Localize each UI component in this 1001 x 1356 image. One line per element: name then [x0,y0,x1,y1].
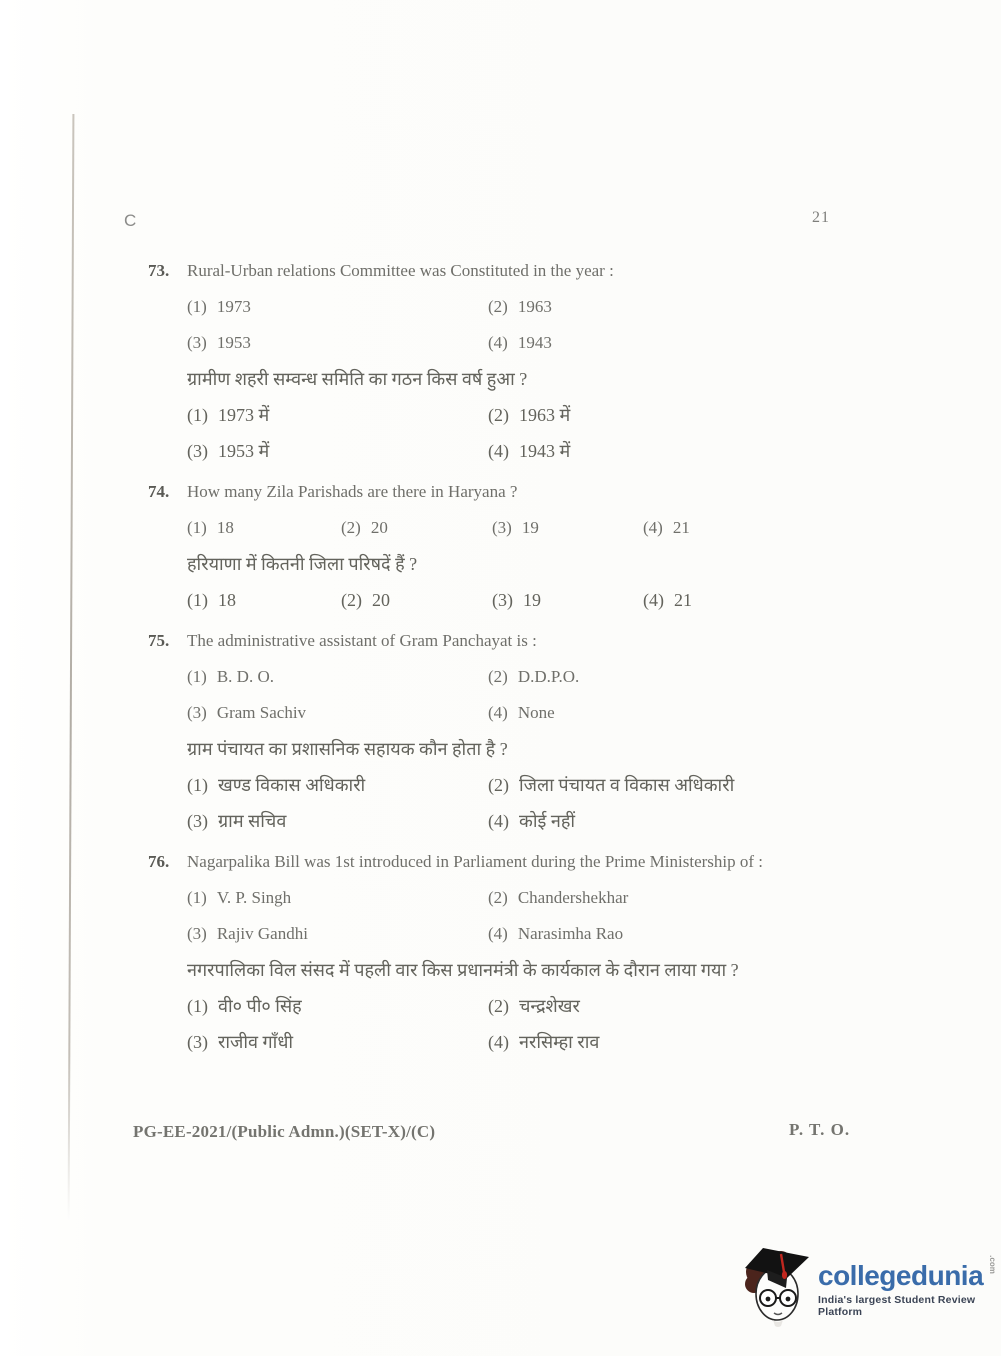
option-text: 1963 [518,296,552,318]
option-text: Chandershekhar [518,887,628,909]
set-label: C [124,211,136,231]
collegedunia-logo-text: collegedunia.com India's largest Student… [818,1242,1001,1330]
option-label: (2) [341,589,362,611]
option-label: (2) [488,296,508,318]
option-text: वी० पी० सिंह [218,995,302,1017]
q73-hi-option-1: (1) 1973 में [187,404,488,426]
question-head: 73. Rural-Urban relations Committee was … [148,260,878,282]
option-label: (4) [488,332,508,354]
pto-label: P. T. O. [789,1120,850,1140]
question-text-hi: हरियाणा में कितनी जिला परिषदें हैं ? [187,553,878,575]
q73-hi-option-4: (4) 1943 में [488,440,878,462]
option-label: (2) [341,517,361,539]
q75-options-en: (1) B. D. O. (2) D.D.P.O. (3) Gram Sachi… [187,666,878,724]
q75-en-option-3: (3) Gram Sachiv [187,702,488,724]
question-number: 73. [148,260,187,282]
option-label: (2) [488,666,508,688]
question-75: 75. The administrative assistant of Gram… [148,630,878,832]
question-text-en: Rural-Urban relations Committee was Cons… [187,260,614,282]
option-text: 1953 में [218,440,269,462]
option-label: (4) [488,923,508,945]
question-text-en: Nagarpalika Bill was 1st introduced in P… [187,851,763,873]
q73-hi-option-2: (2) 1963 में [488,404,878,426]
collegedunia-tagline: India's largest Student Review Platform [818,1294,1001,1318]
option-text: 21 [674,589,692,611]
collegedunia-mascot-icon [741,1242,815,1328]
question-head: 75. The administrative assistant of Gram… [148,630,878,652]
question-text-hi: ग्रामीण शहरी सम्वन्ध समिति का गठन किस वर… [187,368,878,390]
option-text: 1963 में [519,404,570,426]
q73-en-option-4: (4) 1943 [488,332,878,354]
option-label: (3) [187,702,207,724]
option-label: (2) [488,995,509,1017]
option-text: जिला पंचायत व विकास अधिकारी [519,774,734,796]
option-text: ग्राम सचिव [218,810,286,832]
question-76: 76. Nagarpalika Bill was 1st introduced … [148,851,878,1053]
option-text: 1943 में [519,440,570,462]
option-label: (4) [488,440,509,462]
option-label: (2) [488,774,509,796]
question-text-en: How many Zila Parishads are there in Har… [187,481,517,503]
page-edge-line [68,114,75,1220]
question-paper-body: 73. Rural-Urban relations Committee was … [148,260,878,1072]
q76-hi-option-3: (3) राजीव गाँधी [187,1031,488,1053]
q73-options-hi: (1) 1973 में (2) 1963 में (3) 1953 में (… [187,404,878,462]
q76-options-en: (1) V. P. Singh (2) Chandershekhar (3) R… [187,887,878,945]
q76-en-option-2: (2) Chandershekhar [488,887,878,909]
q73-options-en: (1) 1973 (2) 1963 (3) 1953 (4) 1943 [187,296,878,354]
question-number: 74. [148,481,187,503]
q76-en-option-1: (1) V. P. Singh [187,887,488,909]
option-label: (1) [187,995,208,1017]
option-label: (1) [187,589,208,611]
option-text: कोई नहीं [519,810,575,832]
option-label: (4) [488,702,508,724]
q75-hi-option-4: (4) कोई नहीं [488,810,878,832]
option-label: (3) [187,923,207,945]
q73-en-option-2: (2) 1963 [488,296,878,318]
q73-en-option-1: (1) 1973 [187,296,488,318]
option-text: 19 [522,517,539,539]
option-label: (4) [488,1031,509,1053]
option-text: V. P. Singh [217,887,291,909]
question-74: 74. How many Zila Parishads are there in… [148,481,878,611]
option-label: (2) [488,887,508,909]
option-text: नरसिम्हा राव [519,1031,599,1053]
option-text: 21 [673,517,690,539]
collegedunia-domain-suffix: .com [988,1255,997,1274]
q74-options-en: (1) 18 (2) 20 (3) 19 (4) 21 [187,517,878,539]
option-label: (4) [488,810,509,832]
q75-en-option-1: (1) B. D. O. [187,666,488,688]
q74-hi-option-4: (4) 21 [643,589,878,611]
q74-hi-option-2: (2) 20 [341,589,492,611]
option-text: Gram Sachiv [217,702,306,724]
question-text-hi: ग्राम पंचायत का प्रशासनिक सहायक कौन होता… [187,738,878,760]
option-label: (3) [187,332,207,354]
option-text: 19 [523,589,541,611]
q75-hi-option-1: (1) खण्ड विकास अधिकारी [187,774,488,796]
option-text: 1973 [217,296,251,318]
question-text-hi: नगरपालिका विल संसद में पहली वार किस प्रध… [187,959,878,981]
q75-en-option-4: (4) None [488,702,878,724]
option-text: 18 [217,517,234,539]
option-text: खण्ड विकास अधिकारी [218,774,365,796]
q76-hi-option-2: (2) चन्द्रशेखर [488,995,878,1017]
option-text: Rajiv Gandhi [217,923,308,945]
question-text-en: The administrative assistant of Gram Pan… [187,630,537,652]
q73-en-option-3: (3) 1953 [187,332,488,354]
option-text: राजीव गाँधी [218,1031,293,1053]
q76-hi-option-4: (4) नरसिम्हा राव [488,1031,878,1053]
q76-hi-option-1: (1) वी० पी० सिंह [187,995,488,1017]
footer-paper-code: PG-EE-2021/(Public Admn.)(SET-X)/(C) [133,1122,435,1142]
collegedunia-brand: collegedunia [818,1260,983,1291]
option-label: (1) [187,774,208,796]
option-text: None [518,702,555,724]
q76-options-hi: (1) वी० पी० सिंह (2) चन्द्रशेखर (3) राजी… [187,995,878,1053]
option-label: (1) [187,666,207,688]
option-text: 1943 [518,332,552,354]
q75-hi-option-2: (2) जिला पंचायत व विकास अधिकारी [488,774,878,796]
option-label: (4) [643,589,664,611]
option-label: (2) [488,404,509,426]
option-text: चन्द्रशेखर [519,995,580,1017]
collegedunia-logo: collegedunia.com India's largest Student… [741,1242,993,1330]
option-label: (3) [492,517,512,539]
option-label: (3) [187,1031,208,1053]
question-number: 75. [148,630,187,652]
q76-en-option-3: (3) Rajiv Gandhi [187,923,488,945]
option-text: 1953 [217,332,251,354]
option-label: (4) [643,517,663,539]
q74-en-option-3: (3) 19 [492,517,643,539]
q76-en-option-4: (4) Narasimha Rao [488,923,878,945]
page-number: 21 [812,209,830,227]
q74-en-option-2: (2) 20 [341,517,492,539]
q75-hi-option-3: (3) ग्राम सचिव [187,810,488,832]
question-head: 76. Nagarpalika Bill was 1st introduced … [148,851,878,873]
q74-en-option-4: (4) 21 [643,517,878,539]
q75-options-hi: (1) खण्ड विकास अधिकारी (2) जिला पंचायत व… [187,774,878,832]
option-text: 18 [218,589,236,611]
q74-en-option-1: (1) 18 [187,517,341,539]
q75-en-option-2: (2) D.D.P.O. [488,666,878,688]
option-label: (3) [492,589,513,611]
q73-hi-option-3: (3) 1953 में [187,440,488,462]
option-text: D.D.P.O. [518,666,579,688]
option-label: (1) [187,517,207,539]
question-73: 73. Rural-Urban relations Committee was … [148,260,878,462]
question-number: 76. [148,851,187,873]
option-text: Narasimha Rao [518,923,623,945]
option-label: (1) [187,296,207,318]
option-text: B. D. O. [217,666,274,688]
option-text: 1973 में [218,404,269,426]
option-label: (1) [187,404,208,426]
option-label: (1) [187,887,207,909]
option-label: (3) [187,440,208,462]
question-head: 74. How many Zila Parishads are there in… [148,481,878,503]
option-text: 20 [371,517,388,539]
q74-hi-option-3: (3) 19 [492,589,643,611]
q74-hi-option-1: (1) 18 [187,589,341,611]
q74-options-hi: (1) 18 (2) 20 (3) 19 (4) 21 [187,589,878,611]
option-label: (3) [187,810,208,832]
option-text: 20 [372,589,390,611]
